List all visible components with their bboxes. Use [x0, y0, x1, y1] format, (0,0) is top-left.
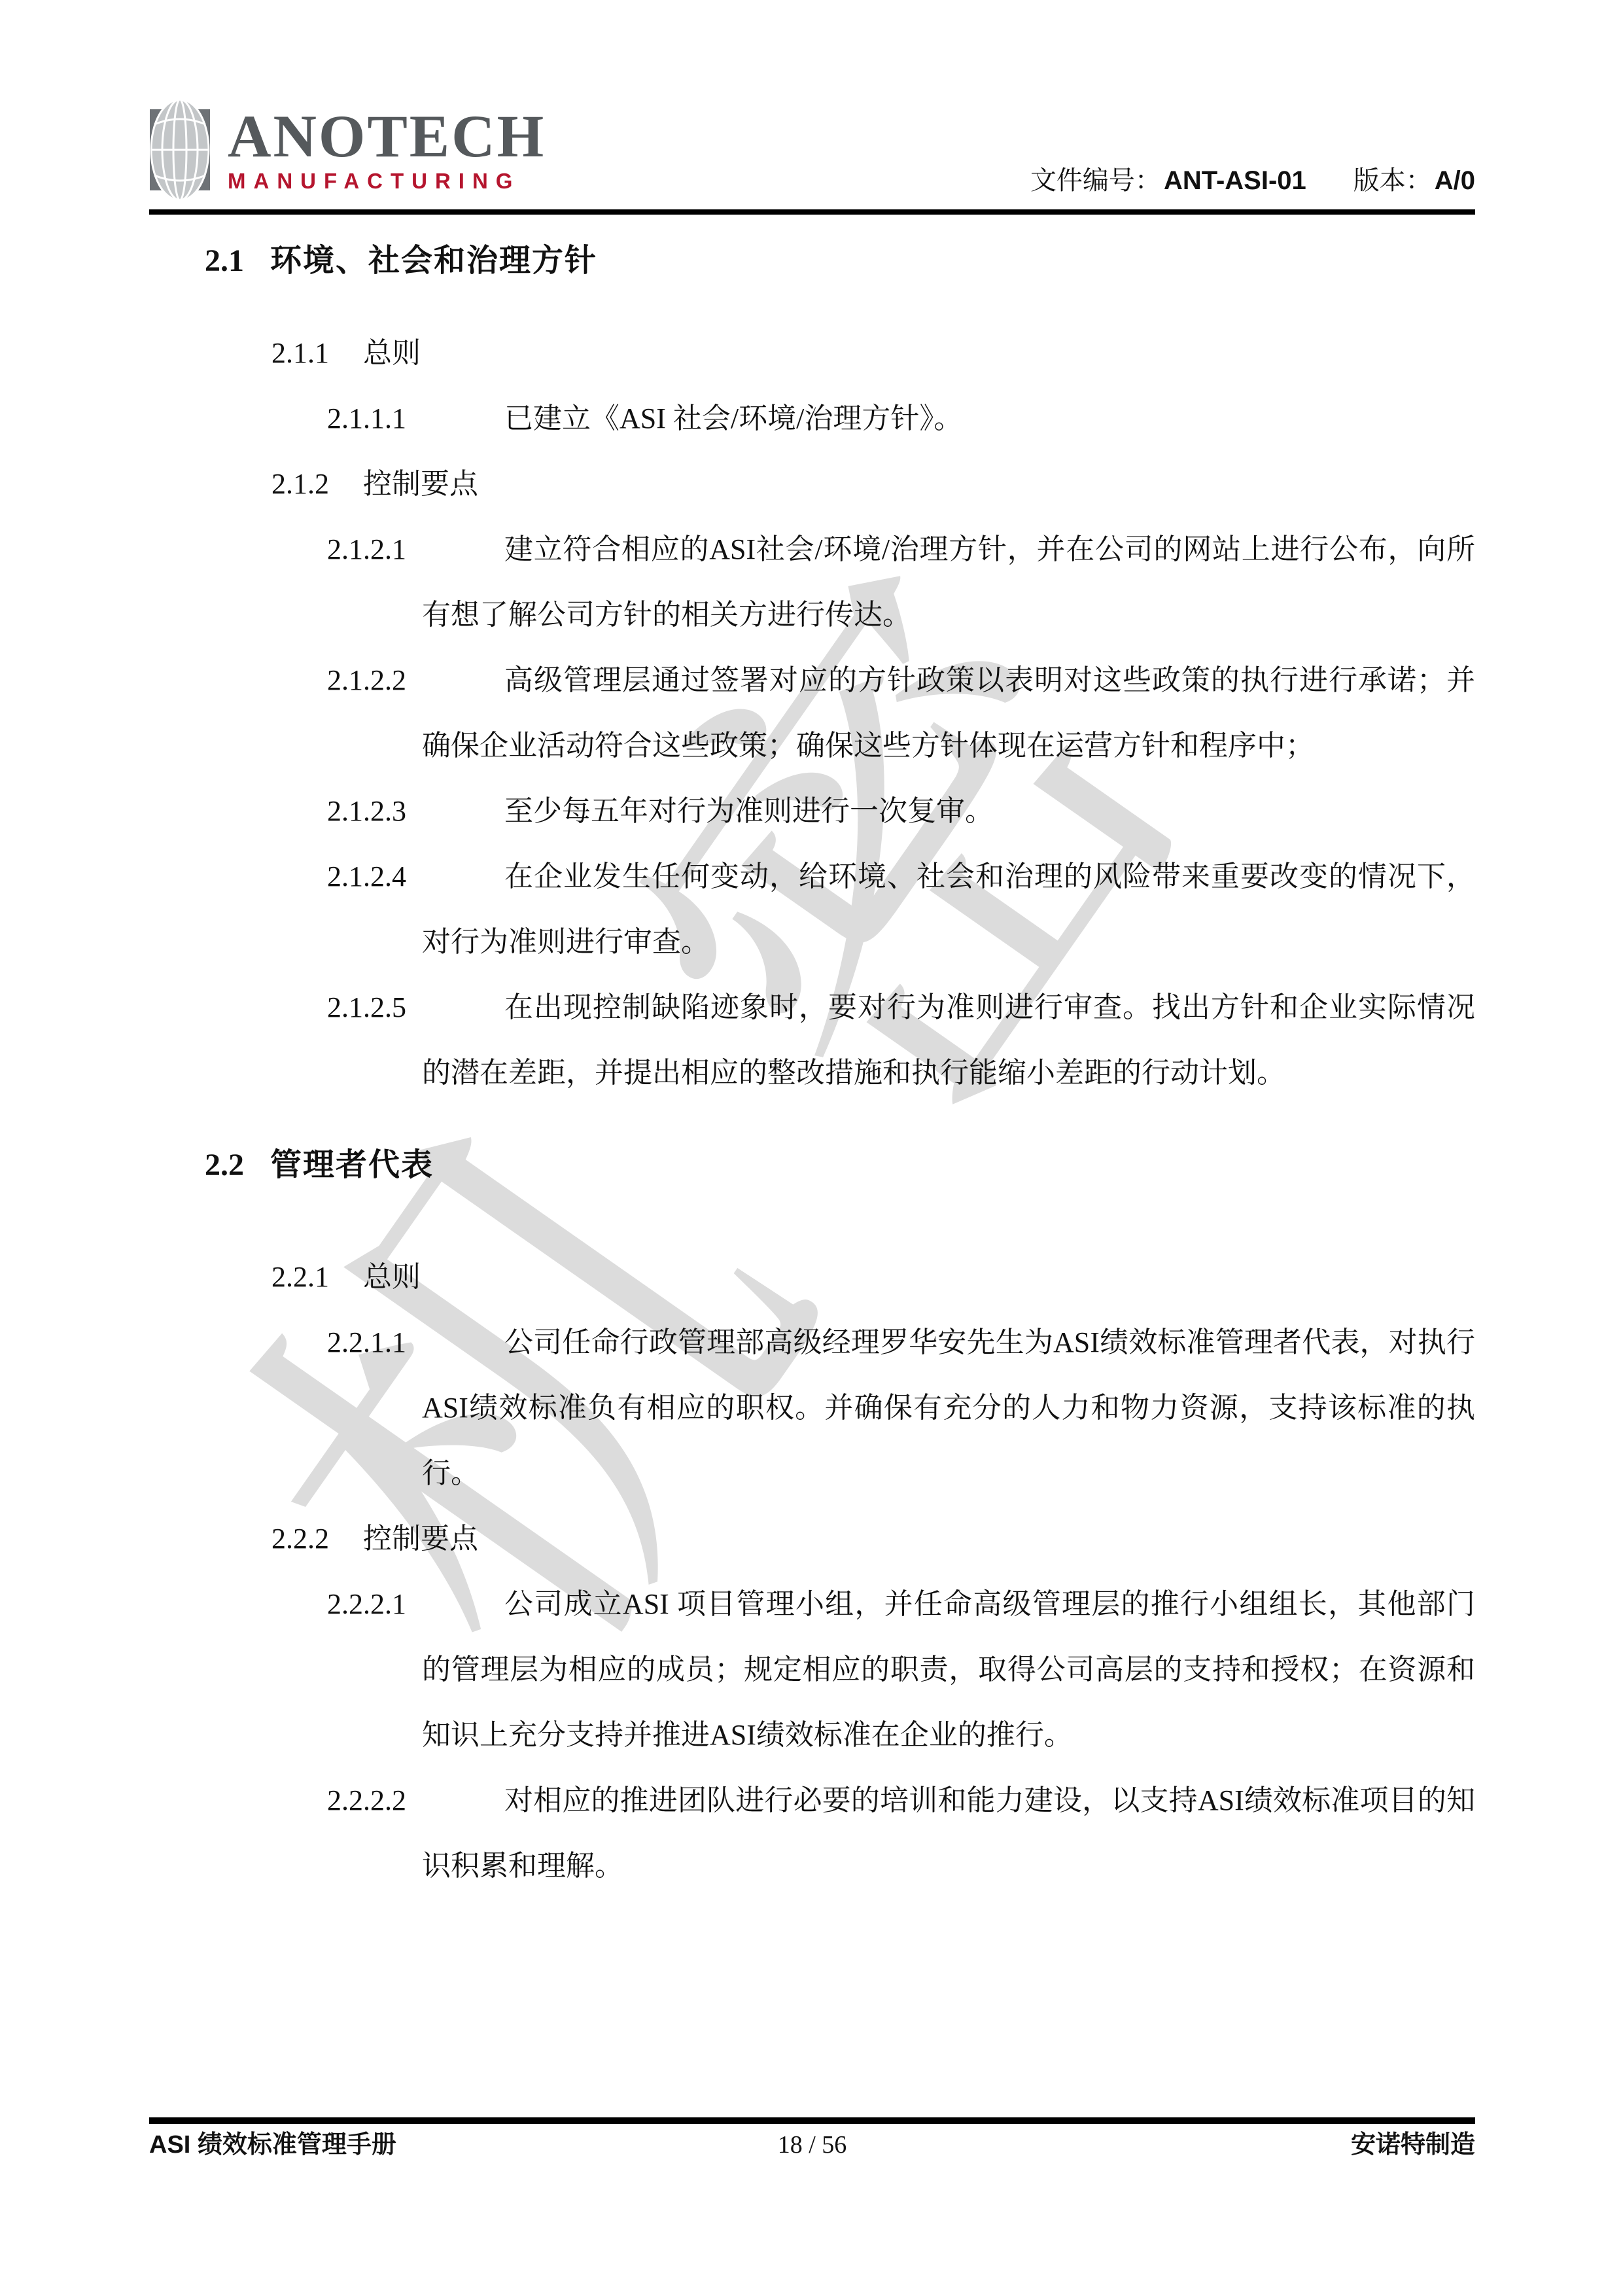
- globe-icon: [149, 98, 211, 202]
- clause-number: 2.1.2: [271, 468, 329, 500]
- clause-text: 总则: [363, 337, 421, 369]
- section-title: 环境、社会和治理方针: [270, 243, 597, 278]
- doc-version: 版本：A/0: [1353, 166, 1475, 195]
- document-meta: 文件编号：ANT-ASI-01版本：A/0: [1030, 165, 1475, 202]
- clause-number: 2.1.2.5: [327, 975, 406, 1040]
- clause-text: 对相应的推进团队进行必要的培训和能力建设，以支持ASI绩效标准项目的知识积累和理…: [422, 1784, 1475, 1882]
- logo-name: ANOTECH: [228, 107, 546, 166]
- clause-2-2-2: 2.2.2控制要点: [149, 1506, 1475, 1572]
- clause-text: 在出现控制缺陷迹象时，要对行为准则进行审查。找出方针和企业实际情况的潜在差距，并…: [422, 991, 1475, 1089]
- clause-text: 控制要点: [363, 468, 478, 500]
- clause-2-1-1: 2.1.1总则: [149, 321, 1475, 386]
- clause-2-1-2-2: 2.1.2.2高级管理层通过签署对应的方针政策以表明对这些政策的执行进行承诺；并…: [149, 648, 1475, 779]
- clause-text: 在企业发生任何变动，给环境、社会和治理的风险带来重要改变的情况下，对行为准则进行…: [422, 860, 1475, 958]
- section-title: 管理者代表: [270, 1148, 434, 1182]
- doc-number: 文件编号：ANT-ASI-01: [1030, 166, 1306, 195]
- clause-2-2-2-1: 2.2.2.1公司成立ASI 项目管理小组，并任命高级管理层的推行小组组长，其他…: [149, 1572, 1475, 1768]
- section-heading-2-2: 2.2管理者代表: [205, 1146, 1475, 1184]
- page-header: ANOTECH MANUFACTURING 文件编号：ANT-ASI-01版本：…: [149, 0, 1475, 202]
- clause-2-1-2-3: 2.1.2.3至少每五年对行为准则进行一次复审。: [149, 779, 1475, 844]
- clause-2-1-2-4: 2.1.2.4在企业发生任何变动，给环境、社会和治理的风险带来重要改变的情况下，…: [149, 844, 1475, 975]
- header-divider: [149, 209, 1475, 215]
- footer-company-name: 安诺特制造: [1351, 2129, 1475, 2161]
- clause-2-2-1: 2.2.1总则: [149, 1245, 1475, 1310]
- section-heading-2-1: 2.1环境、社会和治理方针: [205, 242, 1475, 280]
- clause-2-1-2: 2.1.2控制要点: [149, 451, 1475, 517]
- section-number: 2.1: [205, 243, 244, 278]
- logo-text: ANOTECH MANUFACTURING: [228, 107, 546, 193]
- doc-number-label: 文件编号：: [1030, 166, 1161, 195]
- footer-page-number: 18 / 56: [778, 2129, 847, 2161]
- clause-text: 总则: [363, 1261, 421, 1293]
- clause-number: 2.1.1.1: [327, 386, 406, 451]
- clause-number: 2.1.2.3: [327, 779, 406, 844]
- clause-2-1-1-1: 2.1.1.1已建立《ASI 社会/环境/治理方针》。: [149, 386, 1475, 451]
- clause-2-2-2-2: 2.2.2.2对相应的推进团队进行必要的培训和能力建设，以支持ASI绩效标准项目…: [149, 1768, 1475, 1899]
- clause-text: 至少每五年对行为准则进行一次复审。: [504, 795, 994, 827]
- clause-number: 2.1.2.2: [327, 648, 406, 713]
- clause-number: 2.1.1: [271, 337, 329, 369]
- document-page: 机密 ANOTECH MAN: [0, 0, 1623, 2296]
- clause-number: 2.1.2.1: [327, 517, 406, 582]
- footer-doc-title: ASI 绩效标准管理手册: [149, 2129, 396, 2161]
- page-footer: ASI 绩效标准管理手册 18 / 56 安诺特制造: [149, 2117, 1475, 2161]
- page-content: ANOTECH MANUFACTURING 文件编号：ANT-ASI-01版本：…: [0, 0, 1623, 1899]
- clause-number: 2.2.1.1: [327, 1310, 406, 1375]
- clause-text: 公司任命行政管理部高级经理罗华安先生为ASI绩效标准管理者代表，对执行ASI绩效…: [422, 1326, 1475, 1489]
- document-body: 2.1环境、社会和治理方针 2.1.1总则 2.1.1.1已建立《ASI 社会/…: [149, 242, 1475, 1899]
- clause-number: 2.2.1: [271, 1261, 329, 1293]
- clause-2-1-2-1: 2.1.2.1建立符合相应的ASI社会/环境/治理方针，并在公司的网站上进行公布…: [149, 517, 1475, 648]
- clause-text: 高级管理层通过签署对应的方针政策以表明对这些政策的执行进行承诺；并确保企业活动符…: [422, 664, 1475, 762]
- clause-2-1-2-5: 2.1.2.5在出现控制缺陷迹象时，要对行为准则进行审查。找出方针和企业实际情况…: [149, 975, 1475, 1106]
- clause-number: 2.2.2: [271, 1523, 329, 1555]
- company-logo: ANOTECH MANUFACTURING: [149, 98, 546, 202]
- section-number: 2.2: [205, 1148, 244, 1182]
- clause-text: 公司成立ASI 项目管理小组，并任命高级管理层的推行小组组长，其他部门的管理层为…: [422, 1588, 1475, 1751]
- clause-number: 2.2.2.2: [327, 1768, 406, 1833]
- clause-text: 控制要点: [363, 1523, 478, 1555]
- clause-text: 已建立《ASI 社会/环境/治理方针》。: [504, 402, 962, 434]
- doc-number-value: ANT-ASI-01: [1164, 166, 1306, 195]
- logo-subtitle: MANUFACTURING: [228, 169, 546, 193]
- clause-number: 2.1.2.4: [327, 844, 406, 910]
- clause-number: 2.2.2.1: [327, 1572, 406, 1637]
- clause-text: 建立符合相应的ASI社会/环境/治理方针，并在公司的网站上进行公布，向所有想了解…: [422, 533, 1475, 631]
- clause-2-2-1-1: 2.2.1.1公司任命行政管理部高级经理罗华安先生为ASI绩效标准管理者代表，对…: [149, 1310, 1475, 1506]
- version-value: A/0: [1435, 166, 1475, 195]
- version-label: 版本：: [1353, 166, 1432, 195]
